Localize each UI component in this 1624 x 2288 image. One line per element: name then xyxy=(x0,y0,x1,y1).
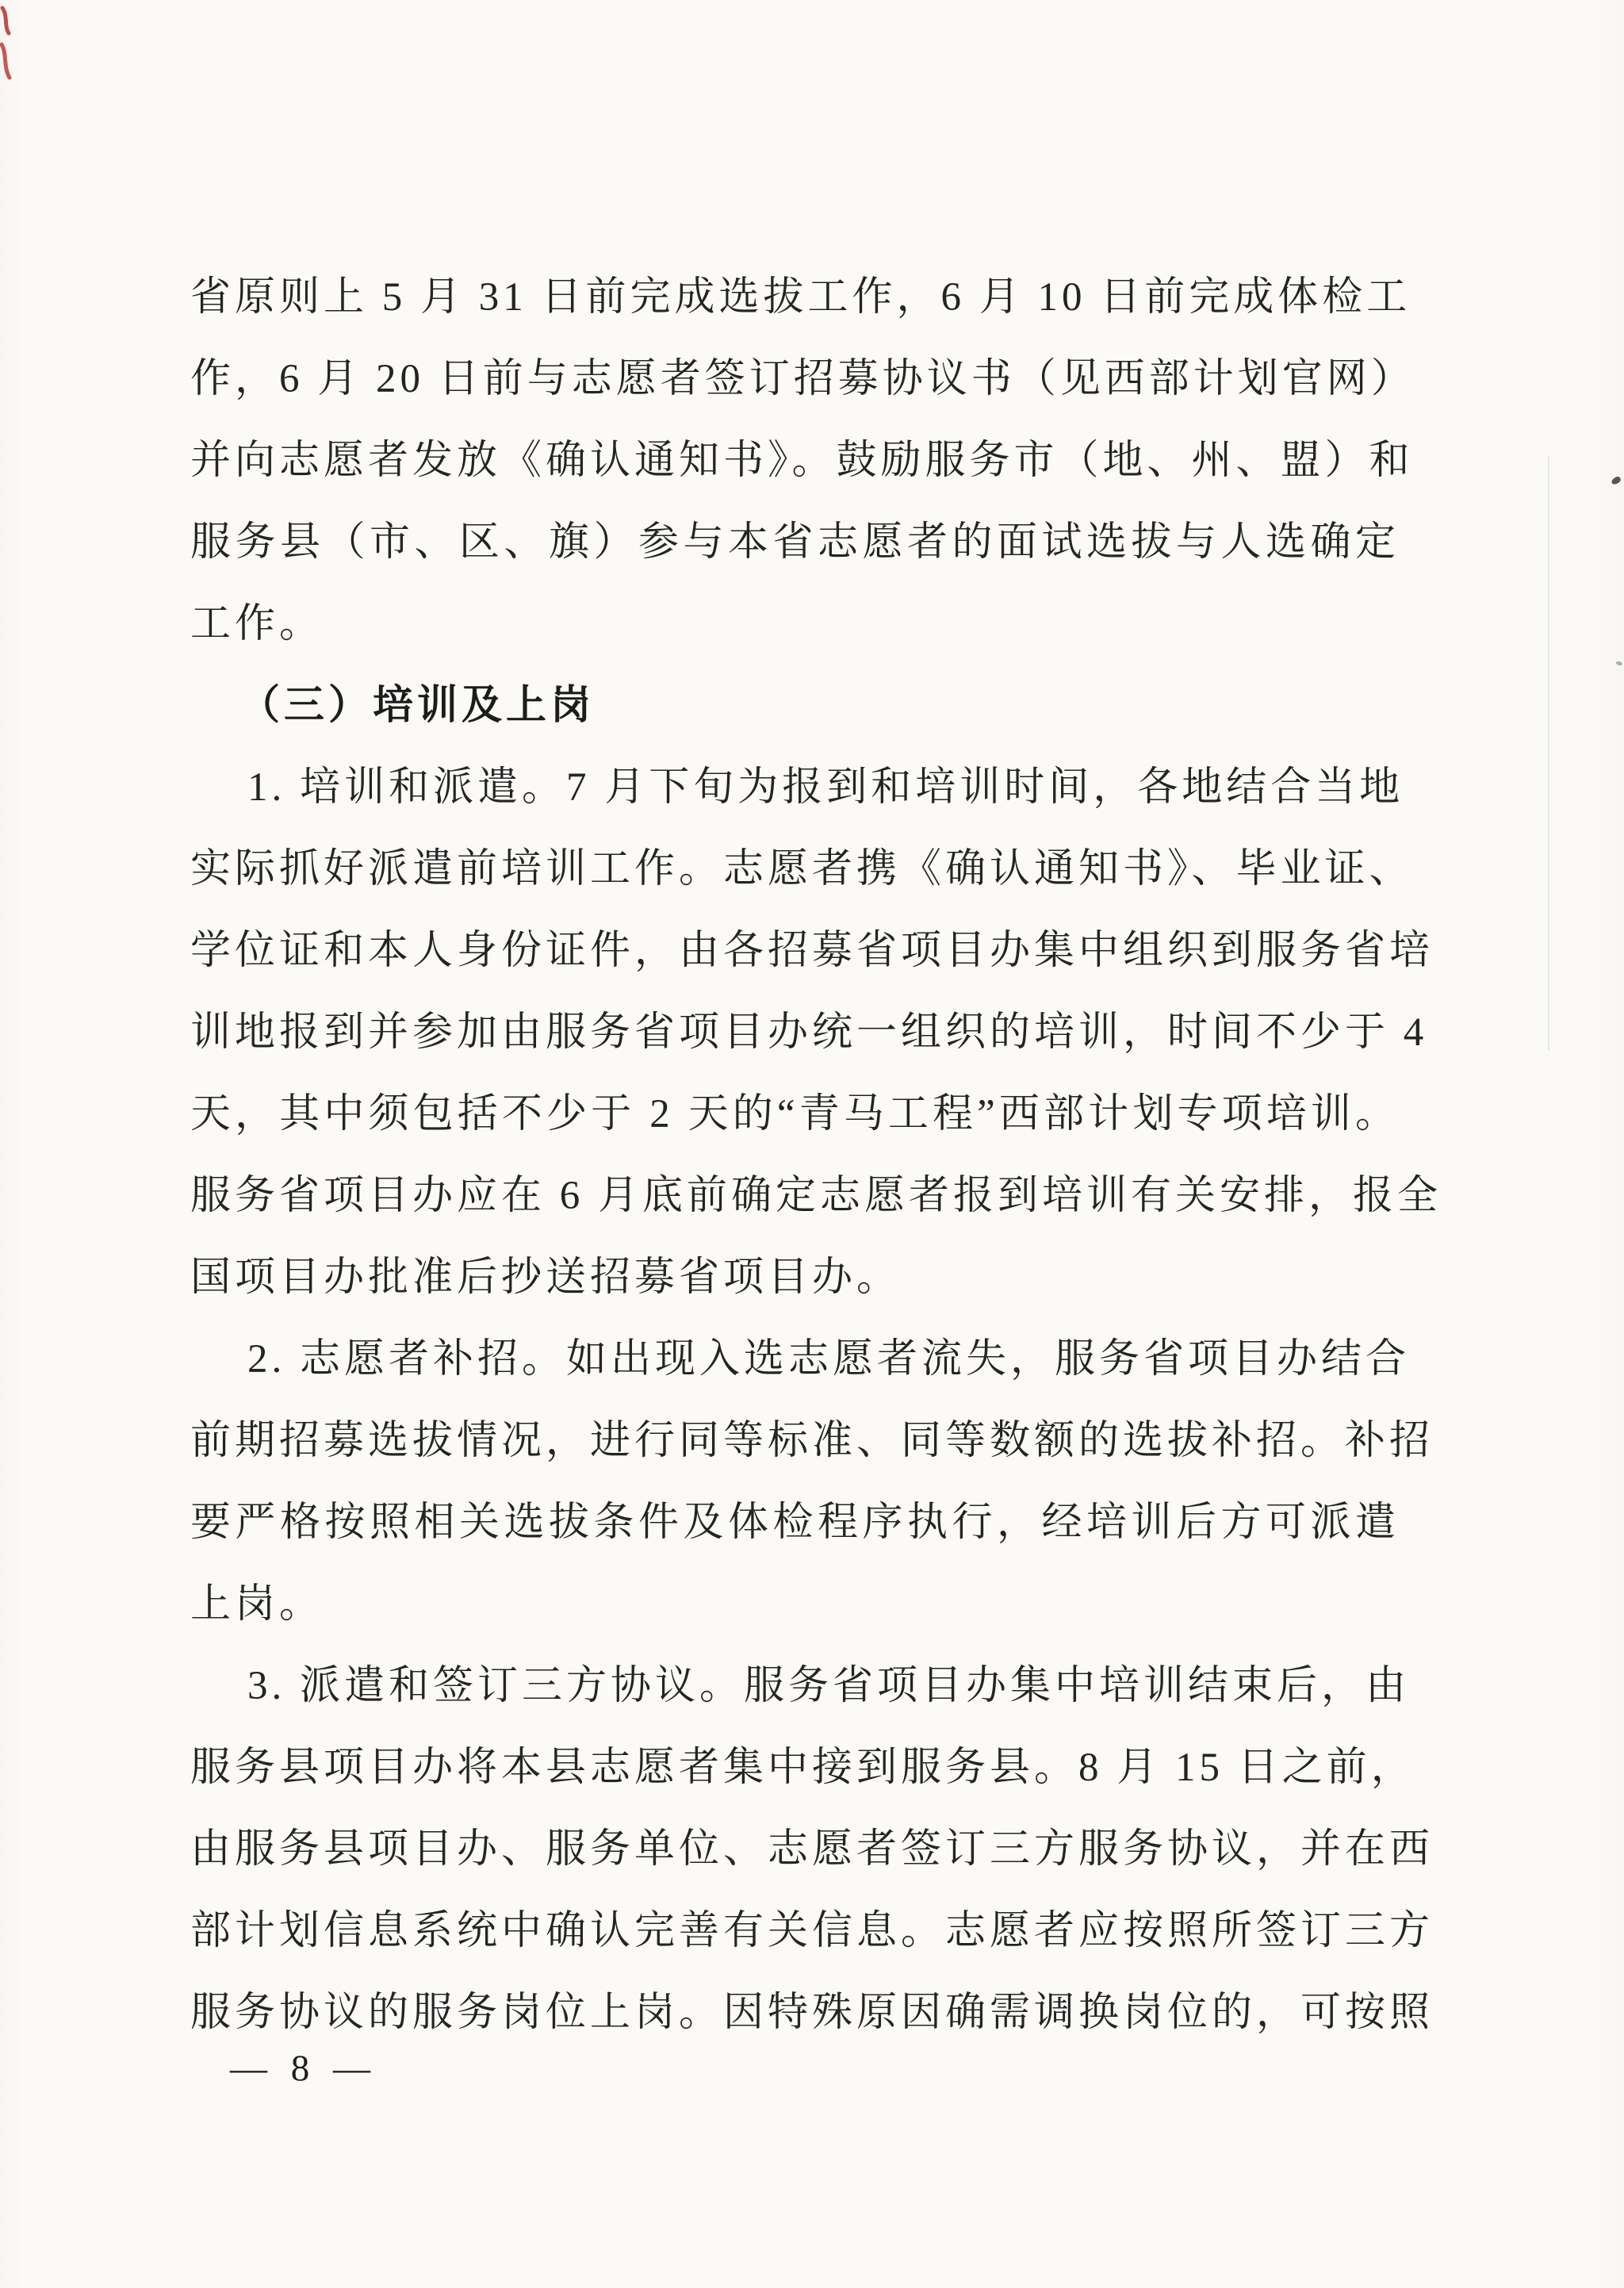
text-line: 学位证和本人身份证件，由各招募省项目办集中组织到服务省培 xyxy=(190,910,1400,992)
text-line: 省原则上 5 月 31 日前完成选拔工作，6 月 10 日前完成体检工 xyxy=(190,257,1400,339)
text-line: 要严格按照相关选拔条件及体检程序执行，经培训后方可派遣 xyxy=(190,1482,1400,1564)
text-line: 天，其中须包括不少于 2 天的“青马工程”西部计划专项培训。 xyxy=(190,1074,1400,1155)
text-line: 部计划信息系统中确认完善有关信息。志愿者应按照所签订三方 xyxy=(190,1891,1400,1972)
scanned-document-page: 省原则上 5 月 31 日前完成选拔工作，6 月 10 日前完成体检工 作，6 … xyxy=(0,0,1624,2288)
text-line: 工作。 xyxy=(190,584,1400,665)
red-pen-mark xyxy=(0,5,14,92)
text-line: 2. 志愿者补招。如出现入选志愿者流失，服务省项目办结合 xyxy=(190,1319,1400,1401)
document-body: 省原则上 5 月 31 日前完成选拔工作，6 月 10 日前完成体检工 作，6 … xyxy=(190,257,1400,2054)
text-line: 由服务县项目办、服务单位、志愿者签订三方服务协议，并在西 xyxy=(190,1809,1400,1891)
text-line: 服务县项目办将本县志愿者集中接到服务县。8 月 15 日之前， xyxy=(190,1727,1400,1809)
page-number: — 8 — xyxy=(230,2040,377,2097)
text-line: 1. 培训和派遣。7 月下旬为报到和培训时间，各地结合当地 xyxy=(190,747,1400,829)
section-heading: （三）培训及上岗 xyxy=(190,665,1400,747)
red-pen-stroke xyxy=(2,44,10,78)
text-line: 作，6 月 20 日前与志愿者签订招募协议书（见西部计划官网） xyxy=(190,339,1400,420)
text-line: 上岗。 xyxy=(190,1564,1400,1646)
text-line: 服务县（市、区、旗）参与本省志愿者的面试选拔与人选确定 xyxy=(190,502,1400,584)
text-line: 国项目办批准后抄送招募省项目办。 xyxy=(190,1237,1400,1319)
red-pen-stroke xyxy=(2,8,9,33)
scan-speck xyxy=(1611,476,1622,486)
text-line: 训地报到并参加由服务省项目办统一组织的培训，时间不少于 4 xyxy=(190,992,1400,1074)
scan-speck xyxy=(1615,661,1622,666)
text-line: 3. 派遣和签订三方协议。服务省项目办集中培训结束后，由 xyxy=(190,1646,1400,1727)
scan-streak xyxy=(1548,456,1549,1051)
text-line: 服务省项目办应在 6 月底前确定志愿者报到培训有关安排，报全 xyxy=(190,1155,1400,1237)
text-line: 前期招募选拔情况，进行同等标准、同等数额的选拔补招。补招 xyxy=(190,1401,1400,1482)
text-line: 实际抓好派遣前培训工作。志愿者携《确认通知书》、毕业证、 xyxy=(190,829,1400,910)
text-line: 并向志愿者发放《确认通知书》。鼓励服务市（地、州、盟）和 xyxy=(190,420,1400,502)
